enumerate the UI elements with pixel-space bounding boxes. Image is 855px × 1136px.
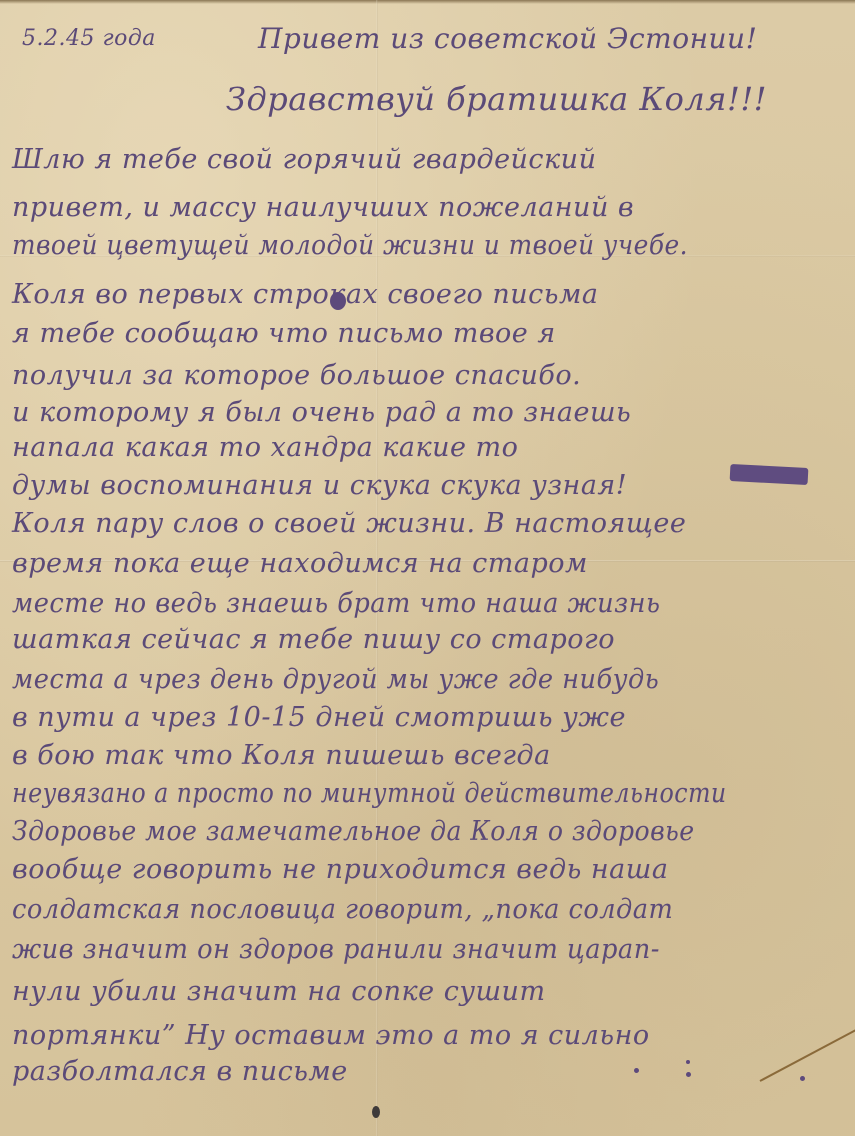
- letter-line: вообще говорить не приходится ведь наша: [12, 854, 668, 885]
- letter-line: думы воспоминания и скука скука узная!: [12, 470, 627, 501]
- corner-crease: [760, 1024, 855, 1082]
- letter-line: портянки” Ну оставим это а то я сильно: [12, 1020, 650, 1051]
- letter-line: Шлю я тебе свой горячий гвардейский: [12, 144, 596, 175]
- ink-smear: [730, 464, 809, 485]
- greeting-line-1: Привет из советской Эстонии!: [258, 22, 757, 55]
- letter-line: в бою так что Коля пишешь всегда: [12, 740, 551, 771]
- letter-line: разболтался в письме: [12, 1056, 348, 1087]
- letter-date: 5.2.45 года: [22, 26, 156, 51]
- letter-line: Здоровье мое замечательное да Коля о здо…: [12, 816, 695, 847]
- letter-line: Коля во первых строках своего письма: [12, 279, 598, 310]
- letter-line: солдатская пословица говорит, „пока солд…: [12, 894, 673, 925]
- letter-line: нули убили значит на сопке сушит: [12, 976, 546, 1007]
- letter-line: в пути а чрез 10-15 дней смотришь уже: [12, 702, 626, 733]
- letter-line: жив значит он здоров ранили значит царап…: [12, 934, 660, 965]
- stain-mark: [372, 1106, 380, 1118]
- ink-dot: [686, 1060, 690, 1064]
- letter-line: я тебе сообщаю что письмо твое я: [12, 318, 556, 349]
- ink-dot: [800, 1076, 805, 1081]
- letter-line: Коля пару слов о своей жизни. В настояще…: [12, 508, 686, 539]
- letter-line: напала какая то хандра какие то: [12, 432, 518, 463]
- ink-blot: [330, 292, 346, 310]
- letter-line: твоей цветущей молодой жизни и твоей уче…: [12, 230, 688, 261]
- letter-line: привет, и массу наилучших пожеланий в: [12, 192, 634, 223]
- letter-line: и которому я был очень рад а то знаешь: [12, 397, 631, 428]
- ink-dot: [686, 1072, 691, 1077]
- ink-dot: [634, 1068, 639, 1073]
- paper-top-edge: [0, 0, 855, 4]
- letter-line: неувязано а просто по минутной действите…: [12, 778, 727, 809]
- letter-line: время пока еще находимся на старом: [12, 548, 588, 579]
- letter-line: получил за которое большое спасибо.: [12, 360, 581, 391]
- greeting-line-2: Здравствуй братишка Коля!!!: [226, 80, 767, 118]
- letter-line: шаткая сейчас я тебе пишу со старого: [12, 624, 615, 655]
- letter-line: месте но ведь знаешь брат что наша жизнь: [12, 588, 660, 619]
- letter-sheet: 5.2.45 года Привет из советской Эстонии!…: [0, 0, 855, 1136]
- letter-line: места а чрез день другой мы уже где нибу…: [12, 664, 659, 695]
